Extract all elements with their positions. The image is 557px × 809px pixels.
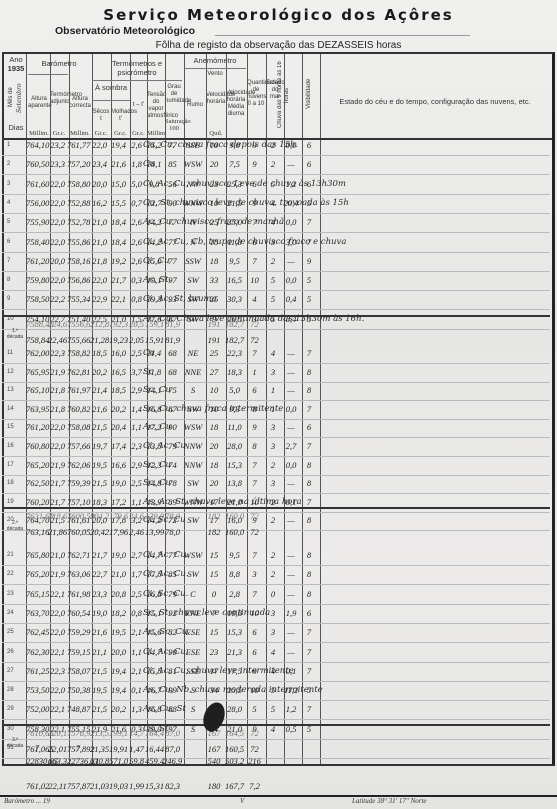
cell-vis: 5: [300, 275, 318, 285]
row-rule: [2, 456, 550, 457]
cell-nuv: 9: [245, 422, 264, 432]
day-number: 3: [7, 181, 10, 187]
decade-average: 22,46: [48, 335, 67, 345]
cell-chuva: 0,0: [282, 404, 300, 414]
cell-rumo: SSW: [182, 256, 204, 266]
sky-remark: Sc, Cu: [143, 478, 171, 488]
decade-sum: 78,0: [163, 511, 182, 521]
sky-remark: Ci, Ac, Cu, chuvisco. Leve de chuva às 1…: [143, 179, 346, 189]
cell-term: 22,2: [48, 294, 67, 304]
month-average: 757,87: [67, 781, 89, 791]
cell-vis: 7: [300, 404, 318, 414]
month-average: 180: [204, 781, 224, 791]
cell-media: 28,0: [224, 704, 245, 714]
cell-chuva: 0,4: [282, 294, 300, 304]
decade-average: 81,9: [163, 335, 182, 345]
day-number: 17: [7, 462, 14, 468]
cell-chuva: 0,0: [282, 460, 300, 470]
row-rule: [2, 604, 550, 605]
cell-media: 21,3: [224, 647, 245, 657]
unit-grc: Gr.c.: [50, 130, 68, 137]
decade-label: 1.ª década: [4, 328, 26, 340]
day-number: 28: [7, 687, 14, 693]
cell-nuv: 6: [245, 627, 264, 637]
cell-chuva: —: [282, 367, 300, 377]
sky-remark: Sc, Cu: [143, 385, 171, 395]
sky-remark: Ac, Cu: [143, 422, 171, 432]
decade-sum: 218,6: [48, 511, 67, 521]
cell-nuv: 10: [245, 275, 264, 285]
month-average: 22,11: [48, 781, 67, 791]
cell-mar: 1: [264, 385, 282, 395]
decade-sum: 213,5: [90, 728, 109, 738]
day-number: 23: [7, 591, 14, 597]
cell-term: 23,3: [48, 159, 67, 169]
cell-alt_ap: 764,10: [26, 140, 48, 150]
column-rule: [320, 54, 321, 764]
sky-remark: As, Ac, St, chuva leve na última hora: [143, 497, 302, 507]
row-rule: [2, 623, 550, 624]
cell-vis: 5: [300, 294, 318, 304]
cell-alt_cor: 760,54: [67, 608, 89, 618]
header-rule: [28, 74, 68, 75]
cell-vel: 23: [204, 647, 224, 657]
cell-seco: 19,0: [90, 608, 109, 618]
month-handwritten: Setembro: [17, 76, 24, 120]
thermometers-header: Termómetros e psicrómetro: [92, 60, 182, 77]
cell-alt_cor: 748,87: [67, 704, 89, 714]
decade-average: 182: [204, 527, 224, 537]
cell-alt_ap: 762,00: [26, 348, 48, 358]
cell-media: 15,3: [224, 460, 245, 470]
cell-nuv: 6: [245, 385, 264, 395]
decade-average: 15,91: [145, 335, 163, 345]
row-rule: [2, 194, 550, 195]
decade-sum: 204,2: [90, 511, 109, 521]
cell-vel: 20: [204, 441, 224, 451]
decade-average: 2,46: [128, 527, 145, 537]
cell-term: 22,0: [48, 627, 67, 637]
t-diff-header: t – t': [130, 102, 147, 109]
cell-vis: 8: [300, 478, 318, 488]
cell-alt_cor: 761,77: [67, 140, 89, 150]
latitude-label: Latitude 38° 31' 17" Norte: [352, 797, 427, 805]
decade-average: 160,0: [224, 527, 245, 537]
cell-seco: 21,4: [90, 385, 109, 395]
row-rule: [2, 681, 550, 682]
cell-term: 22,0: [48, 441, 67, 451]
decade-sum: 72: [245, 728, 264, 738]
cell-mar: 4: [264, 647, 282, 657]
row-rule: [2, 419, 550, 420]
sky-remark: As, Cu, Nb, chuva moderada intermitente: [143, 685, 323, 695]
cell-vis: 7: [300, 704, 318, 714]
vapour-pressure-header: Tensão do vapor atmosférico: [147, 92, 165, 120]
day-number: 19: [7, 499, 14, 505]
cell-alt_cor: 758,08: [67, 422, 89, 432]
unit-millim: Millim.: [69, 130, 91, 137]
month-sum: 216: [245, 756, 264, 766]
cloud-amount-header: Quantidade de nuvens 0 a 10: [247, 80, 265, 108]
cell-molh: 19,0: [109, 478, 128, 488]
rain-header: Chuva das 9 horas às 16 horas: [277, 60, 287, 130]
cell-vis: 7: [300, 627, 318, 637]
direction-header: Rumo: [184, 102, 206, 109]
cell-chuva: —: [282, 550, 300, 560]
cell-nuv: 6: [245, 647, 264, 657]
row-rule: [2, 475, 550, 476]
cell-alt_cor: 762,06: [67, 460, 89, 470]
decade-average: 755,66: [67, 335, 89, 345]
cell-vis: 7: [300, 497, 318, 507]
cell-chuva: —: [282, 627, 300, 637]
cell-nuv: 7: [245, 589, 264, 599]
row-rule: [2, 252, 550, 253]
cell-vis: 7: [300, 441, 318, 451]
cell-alt_ap: 762,50: [26, 478, 48, 488]
decade-sum: 199,1: [109, 728, 128, 738]
cell-mar: 4: [264, 348, 282, 358]
decade-average: 72: [245, 744, 264, 754]
cell-seco: 21,8: [90, 256, 109, 266]
cell-media: 11,0: [224, 422, 245, 432]
decade-sum: 20,5: [128, 319, 145, 329]
cell-alt_cor: 758,07: [67, 666, 89, 676]
cell-rumo: WSW: [182, 422, 204, 432]
cell-alt_ap: 760,20: [26, 497, 48, 507]
decade-average: 72: [245, 335, 264, 345]
row-rule: [2, 290, 550, 291]
cell-alt_cor: 759,29: [67, 627, 89, 637]
cell-vel: 10: [204, 385, 224, 395]
unit-grc: Gr.c.: [130, 130, 147, 137]
header-rule: [184, 68, 246, 69]
cell-chuva: 1,2: [282, 704, 300, 714]
cell-vel: 18: [204, 256, 224, 266]
cell-vis: 7: [300, 348, 318, 358]
cell-mar: 2: [264, 550, 282, 560]
cell-chuva: —: [282, 515, 300, 525]
decade-sum: 191: [204, 319, 224, 329]
row-rule: [2, 565, 550, 566]
cell-term: 22,1: [48, 647, 67, 657]
cell-alt_cor: 763,06: [67, 569, 89, 579]
cell-alt_ap: 753,50: [26, 685, 48, 695]
cell-media: 28,0: [224, 441, 245, 451]
cell-term: 22,1: [48, 704, 67, 714]
cell-vis: 9: [300, 256, 318, 266]
cell-alt_ap: 761,25: [26, 666, 48, 676]
sky-remark: Cu, Cu, chuva fraca depois das 15h.: [143, 140, 298, 150]
cell-seco: 21,6: [90, 404, 109, 414]
month-sum: 630,8: [90, 756, 109, 766]
decade-average: 20,42: [90, 527, 109, 537]
cell-media: 9,5: [224, 256, 245, 266]
sky-remark: Sc: [143, 367, 154, 377]
unit-grc: Gr.c.: [111, 130, 130, 137]
saturation-unit: Saturação 100: [165, 118, 183, 132]
cell-hum: 68: [163, 348, 182, 358]
row-rule: [2, 400, 550, 401]
cell-media: 15,3: [224, 627, 245, 637]
cell-mar: 2: [264, 460, 282, 470]
cell-rumo: WSW: [182, 159, 204, 169]
cell-vis: 8: [300, 515, 318, 525]
day-number: 11: [7, 350, 13, 356]
decade-sum: 14,7: [128, 728, 145, 738]
cell-chuva: 1,9: [282, 608, 300, 618]
decade-sum: 164,4: [145, 728, 163, 738]
cell-molh: 20,2: [109, 704, 128, 714]
sky-state-header: Estado do céu e do tempo, configuração d…: [322, 98, 548, 107]
cell-term: 20,0: [48, 256, 67, 266]
cell-seco: 20,0: [90, 179, 109, 189]
footer-barometer-note: Barómetro ... 19: [4, 797, 50, 805]
cell-chuva: —: [282, 589, 300, 599]
row-rule: [2, 382, 550, 383]
cell-chuva: —: [282, 478, 300, 488]
cell-seco: 18,5: [90, 348, 109, 358]
footer-mark: V: [240, 797, 244, 805]
cell-vis: 8: [300, 569, 318, 579]
sky-remark: Ci, Ac, Cu, chuva leve intermitente: [143, 666, 294, 676]
day-number: 7: [7, 258, 10, 264]
month-average: 7,2: [245, 781, 264, 791]
cell-seco: 23,4: [90, 159, 109, 169]
sky-remark: Ci, Ac, Cu: [143, 441, 186, 451]
cell-mar: 3: [264, 441, 282, 451]
cell-alt_cor: 758,16: [67, 256, 89, 266]
cell-term: 22,0: [48, 685, 67, 695]
cell-molh: 18,2: [109, 608, 128, 618]
cell-term: 21,7: [48, 497, 67, 507]
row-rule: [2, 213, 550, 214]
cell-vis: 7: [300, 647, 318, 657]
decade-sum: 7588,40: [26, 319, 48, 329]
cell-alt_ap: 760,80: [26, 441, 48, 451]
cell-term: 22,0: [48, 422, 67, 432]
decade-average: 182,7: [224, 335, 245, 345]
cell-alt_ap: 762,30: [26, 647, 48, 657]
cell-mar: 3: [264, 478, 282, 488]
decade-average: 160,5: [224, 744, 245, 754]
decade-label: 2.ª década: [4, 520, 26, 532]
cell-seco: 21,0: [90, 217, 109, 227]
decade-label: 3.ª década: [4, 737, 26, 749]
cell-chuva: —: [282, 422, 300, 432]
wind-header: Vento: [184, 71, 246, 78]
cell-mar: 2: [264, 256, 282, 266]
cell-seco: 22,0: [90, 140, 109, 150]
altura-aparente-header: Altura aparente: [28, 96, 50, 110]
decade-average: 87,0: [163, 744, 182, 754]
decade-average: 2,05: [128, 335, 145, 345]
cell-nuv: 8: [245, 441, 264, 451]
cell-chuva: 0,0: [282, 217, 300, 227]
cell-alt_ap: 765,80: [26, 550, 48, 560]
cell-alt_cor: 750,38: [67, 685, 89, 695]
cell-alt_cor: 757,20: [67, 159, 89, 169]
row-rule: [2, 437, 550, 438]
cell-molh: 19,4: [109, 666, 128, 676]
cell-vis: 8: [300, 367, 318, 377]
cell-molh: 17,4: [109, 441, 128, 451]
sky-remark: Cu: [143, 348, 155, 358]
cell-vel: 15: [204, 569, 224, 579]
month-average: 761,02: [26, 781, 48, 791]
day-number: 8: [7, 277, 10, 283]
cell-mar: 3: [264, 367, 282, 377]
cell-term: 21,8: [48, 404, 67, 414]
month-average: 82,3: [163, 781, 182, 791]
decade-average: 19,91: [109, 744, 128, 754]
cell-molh: 22,1: [109, 294, 128, 304]
cell-mar: 5: [264, 704, 282, 714]
cell-media: 30,3: [224, 294, 245, 304]
hourly-velocity-header: Velocidade horária: [206, 92, 226, 106]
cell-molh: 19,4: [109, 140, 128, 150]
cell-seco: 23,3: [90, 589, 109, 599]
cell-rumo: NE: [182, 348, 204, 358]
row-rule: [2, 493, 550, 494]
cell-hum: 68: [163, 367, 182, 377]
decade-sum: 182: [204, 511, 224, 521]
cell-alt_cor: 757,10: [67, 497, 89, 507]
cell-nuv: 7: [245, 550, 264, 560]
anemometer-header: Anemómetro: [184, 57, 246, 66]
cell-molh: 19,2: [109, 256, 128, 266]
sky-remark: Ci, Ac, Cu.: [143, 569, 189, 579]
cell-alt_ap: 762,45: [26, 627, 48, 637]
cell-seco: 16,2: [90, 198, 109, 208]
cell-vis: 8: [300, 589, 318, 599]
day-number: 24: [7, 610, 14, 616]
decade-sum: 72: [245, 319, 264, 329]
sheet-title: Fôlha de registo da observação das DEZAS…: [0, 40, 557, 51]
decade-sum: 7600,50: [67, 511, 89, 521]
cell-nuv: 5: [245, 704, 264, 714]
day-number: 16: [7, 443, 14, 449]
dry-bulb-header: Sêcos t: [92, 109, 110, 123]
month-sum: 503,2: [224, 756, 245, 766]
row-rule: [2, 363, 550, 364]
cell-vis: 6: [300, 140, 318, 150]
cell-term: 22,0: [48, 237, 67, 247]
bottom-rule: [0, 795, 557, 797]
unit-millim: Millim.: [147, 130, 165, 137]
cell-nuv: 4: [245, 294, 264, 304]
decade-sum: 212,8: [90, 319, 109, 329]
cell-mar: 3: [264, 627, 282, 637]
subtitle-rule: [215, 35, 470, 36]
cell-vel: 20: [204, 478, 224, 488]
month-sum: 571,0: [109, 756, 128, 766]
cell-mar: 3: [264, 422, 282, 432]
day-number: 6: [7, 239, 10, 245]
sky-remark: Cu, St, chuvisco leve de chuva, trovoada…: [143, 198, 349, 208]
decade-average: 13,99: [145, 527, 163, 537]
day-number: 1: [7, 142, 10, 148]
decade-sum: 72: [245, 511, 264, 521]
day-number: 30: [7, 726, 14, 732]
month-sum: 459,4: [145, 756, 163, 766]
day-number: 13: [7, 387, 14, 393]
month-sum: 540: [204, 756, 224, 766]
row-rule: [2, 232, 550, 233]
sky-remark: Ci, Sc, Cu.: [143, 589, 188, 599]
cell-vel: 20: [204, 159, 224, 169]
cell-chuva: —: [282, 647, 300, 657]
decade-sum: 81,9: [163, 319, 182, 329]
cell-molh: 18,4: [109, 217, 128, 227]
month-sum: 22830,65: [26, 756, 48, 766]
cell-molh: 21,7: [109, 275, 128, 285]
days-label: Dias: [6, 124, 26, 133]
cell-alt_ap: 763,95: [26, 404, 48, 414]
cell-mar: 2: [264, 515, 282, 525]
header-rule: [92, 100, 130, 101]
decade-rule: [2, 315, 550, 317]
cell-nuv: 3: [245, 569, 264, 579]
decade-average: 763,16: [26, 527, 48, 537]
cell-alt_ap: 760,50: [26, 159, 48, 169]
decade-average: 19,23: [109, 335, 128, 345]
sky-remark: Ci, Ac, Cu.: [143, 647, 189, 657]
termometro-adjunto-header: Termómetro adjunto: [50, 92, 68, 106]
cell-vel: 33: [204, 275, 224, 285]
decade-sum: 159,1: [145, 319, 163, 329]
cell-alt_cor: 759,15: [67, 647, 89, 657]
decade-sum: 192,3: [109, 319, 128, 329]
cell-chuva: —: [282, 569, 300, 579]
cell-alt_cor: 757,66: [67, 441, 89, 451]
altura-correcta-header: Altura correcta: [69, 96, 91, 110]
decade-average: 167: [204, 744, 224, 754]
row-rule: [2, 309, 550, 310]
sky-remark: Ac, St.: [143, 275, 171, 285]
cell-chuva: 0,0: [282, 275, 300, 285]
cell-media: 13,8: [224, 478, 245, 488]
cell-seco: 22,0: [90, 275, 109, 285]
sky-remark: Sc, Cu: [143, 460, 171, 470]
cell-chuva: —: [282, 159, 300, 169]
cell-seco: 19,5: [90, 685, 109, 695]
cell-vis: 7: [300, 217, 318, 227]
cell-vis: 7: [300, 666, 318, 676]
decade-average: 78,0: [163, 527, 182, 537]
decade-sum: 164,5: [224, 728, 245, 738]
cell-media: 2,8: [224, 589, 245, 599]
decade-sum: 7610,65: [26, 728, 48, 738]
cell-nuv: 7: [245, 256, 264, 266]
day-number: 26: [7, 649, 14, 655]
decade-average: 16,44: [145, 744, 163, 754]
cell-nuv: 7: [245, 460, 264, 470]
unit-quil: Quil.: [206, 130, 226, 137]
cell-vel: 15: [204, 627, 224, 637]
cell-alt_ap: 761,20: [26, 256, 48, 266]
decade-sum: 24,6: [128, 511, 145, 521]
cell-term: 21,0: [48, 550, 67, 560]
cell-seco: 21,5: [90, 422, 109, 432]
decade-sum: 7556,67: [67, 319, 89, 329]
cell-rumo: NNW: [182, 460, 204, 470]
decade-average: 758,84: [26, 335, 48, 345]
sky-remark: Ci, Ac, Cu, Cb, trupo de chuvisco fraco …: [143, 237, 346, 247]
cell-vis: 6: [300, 422, 318, 432]
cell-mar: 0: [264, 589, 282, 599]
cell-alt_cor: 761,98: [67, 589, 89, 599]
